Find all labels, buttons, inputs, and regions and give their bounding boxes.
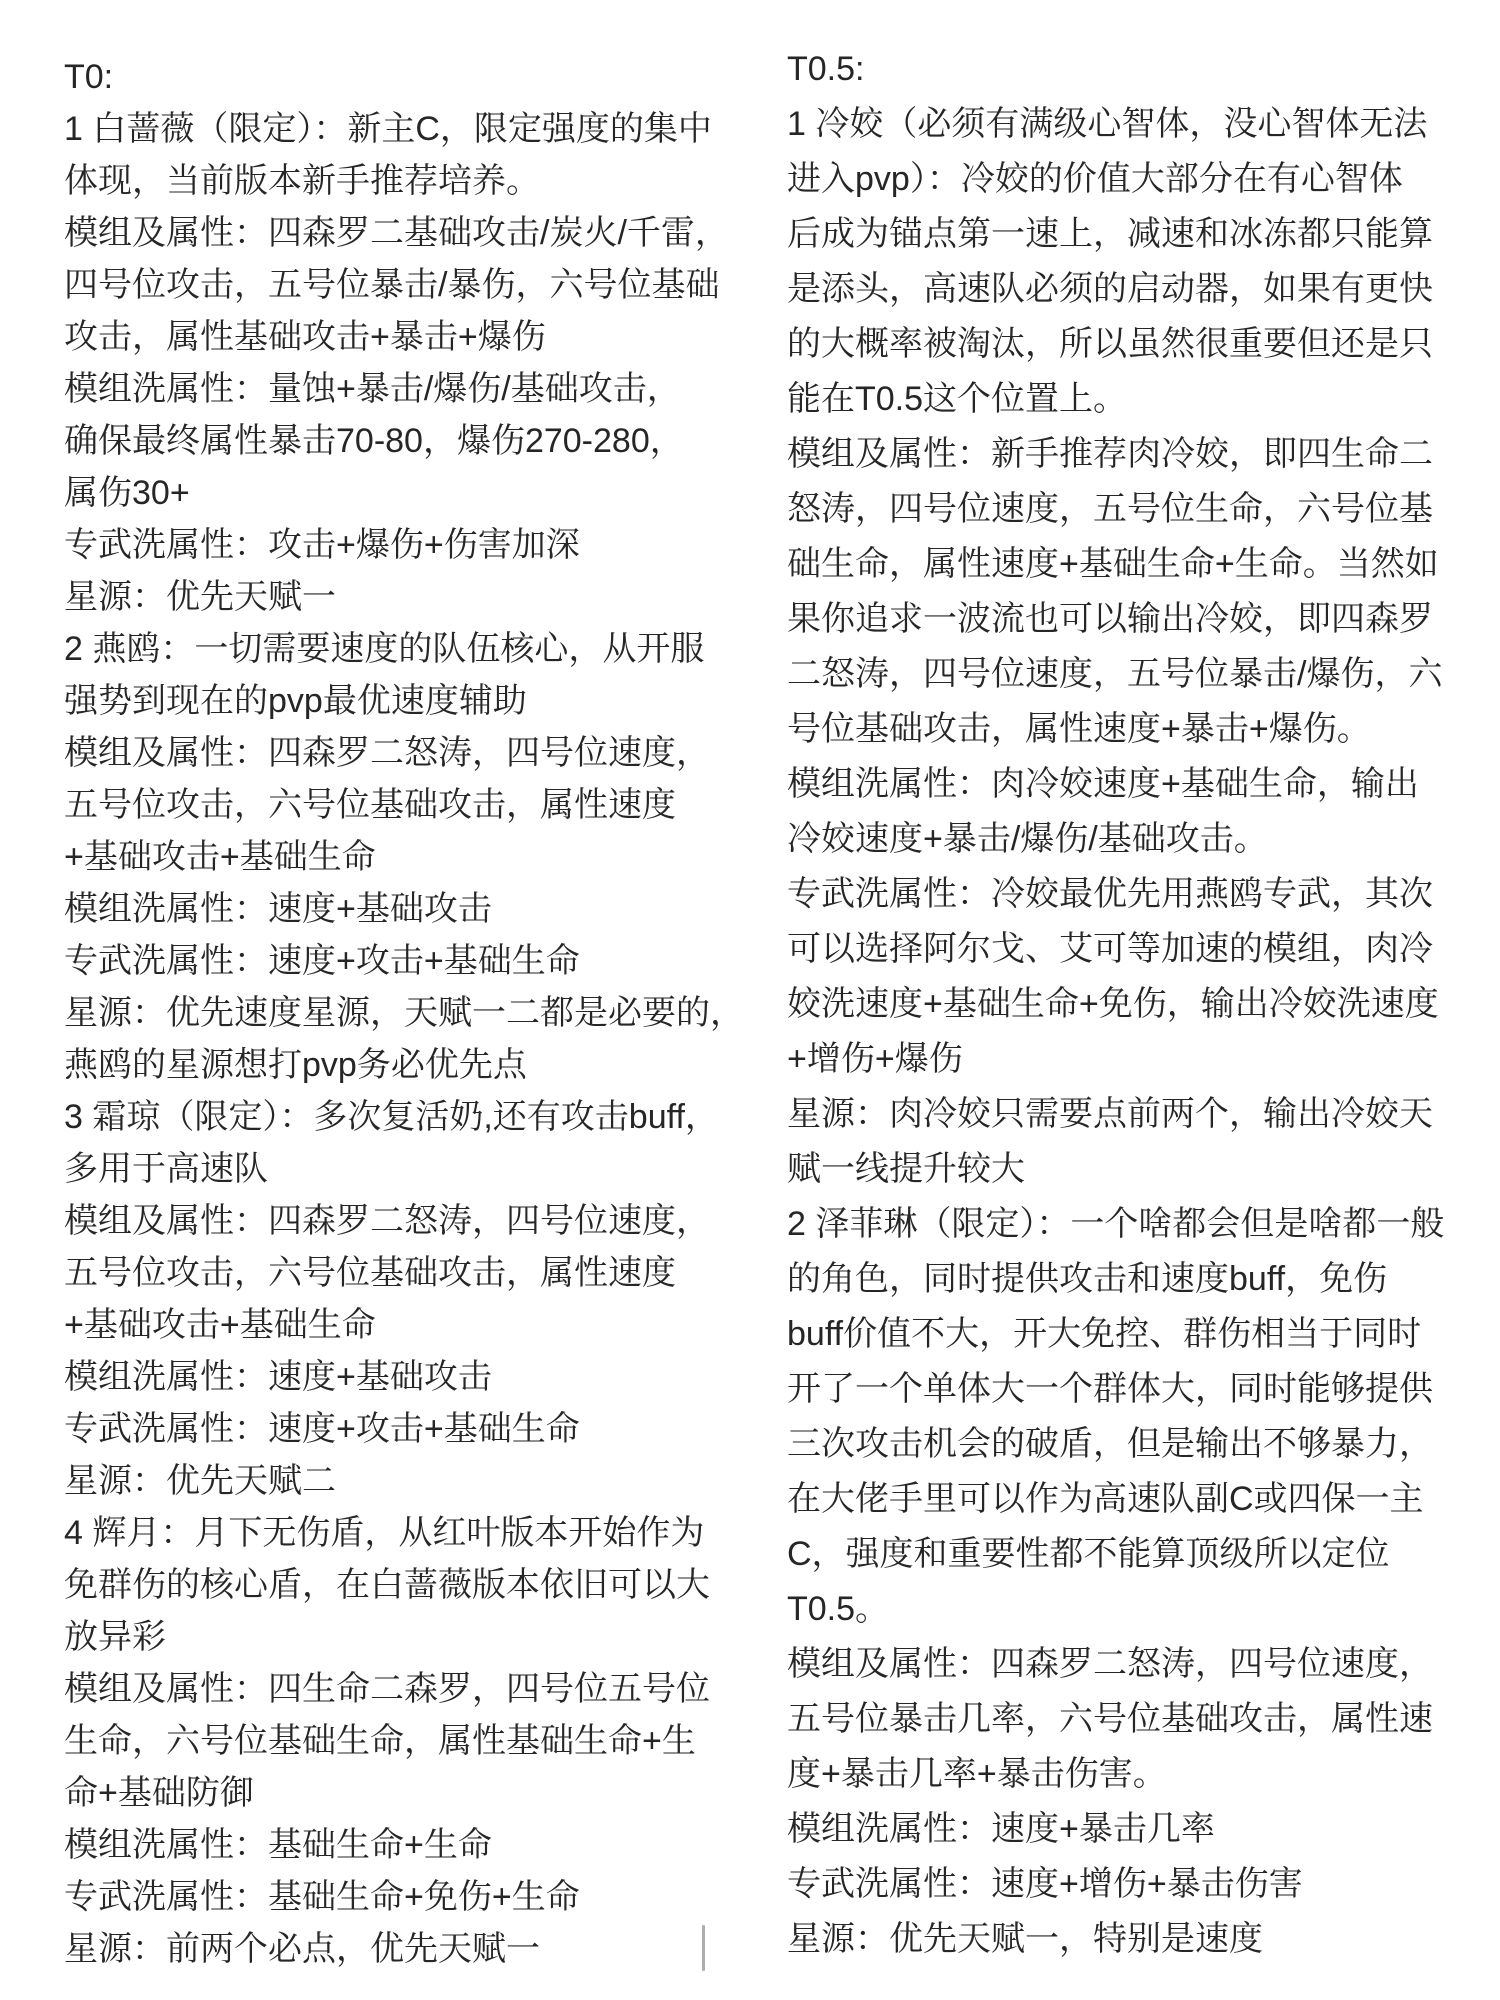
text-line: 模组洗属性：量蚀+暴击/爆伤/基础攻击， [64,363,764,415]
text-line: 确保最终属性暴击70-80，爆伤270-280， [64,415,764,467]
column-t0-5: T0.5: 1 冷姣（必须有满级心智体，没心智体无法进入pvp）：冷姣的价值大部… [787,42,1467,1967]
text-line: 模组洗属性：基础生命+生命 [64,1819,764,1871]
text-line: T0.5。 [787,1582,1467,1637]
text-line: 的角色，同时提供攻击和速度buff，免伤 [787,1252,1467,1307]
text-line: 后成为锚点第一速上，减速和冰冻都只能算 [787,207,1467,262]
text-line: 进入pvp）：冷姣的价值大部分在有心智体 [787,152,1467,207]
text-line: 模组及属性：四森罗二基础攻击/炭火/千雷， [64,207,764,259]
text-line: 五号位攻击，六号位基础攻击，属性速度 [64,779,764,831]
text-line: 三次攻击机会的破盾，但是输出不够暴力， [787,1417,1467,1472]
text-line: 星源：优先天赋一 [64,571,764,623]
text-line: 攻击，属性基础攻击+暴击+爆伤 [64,311,764,363]
text-line: 放异彩 [64,1611,764,1663]
tier-t0-5-header: T0.5: [787,42,1467,97]
text-line: 3 霜琼（限定）：多次复活奶,还有攻击buff， [64,1091,764,1143]
text-line: 是添头，高速队必须的启动器，如果有更快 [787,262,1467,317]
text-line: 2 泽菲琳（限定）：一个啥都会但是啥都一般 [787,1197,1467,1252]
text-line: 专武洗属性：速度+攻击+基础生命 [64,935,764,987]
text-line: 免群伤的核心盾，在白蔷薇版本依旧可以大 [64,1559,764,1611]
text-line: 号位基础攻击，属性速度+暴击+爆伤。 [787,702,1467,757]
text-line: 生命，六号位基础生命，属性基础生命+生 [64,1715,764,1767]
text-line: 专武洗属性：攻击+爆伤+伤害加深 [64,519,764,571]
text-line: 专武洗属性：速度+增伤+暴击伤害 [787,1857,1467,1912]
text-line: 二怒涛，四号位速度，五号位暴击/爆伤，六 [787,647,1467,702]
text-line: 模组洗属性：速度+基础攻击 [64,883,764,935]
text-line: 星源：优先天赋二 [64,1455,764,1507]
text-line: 模组及属性：四森罗二怒涛，四号位速度， [64,1195,764,1247]
text-line: 专武洗属性：冷姣最优先用燕鸥专武，其次 [787,867,1467,922]
text-line: 模组洗属性：肉冷姣速度+基础生命，输出 [787,757,1467,812]
text-line: 2 燕鸥：一切需要速度的队伍核心，从开服 [64,623,764,675]
text-line: 燕鸥的星源想打pvp务必优先点 [64,1039,764,1091]
text-line: +增伤+爆伤 [787,1032,1467,1087]
text-line: 五号位攻击，六号位基础攻击，属性速度 [64,1247,764,1299]
text-line: 命+基础防御 [64,1767,764,1819]
text-line: 赋一线提升较大 [787,1142,1467,1197]
text-line: +基础攻击+基础生命 [64,831,764,883]
text-line: 度+暴击几率+暴击伤害。 [787,1747,1467,1802]
text-line: 强势到现在的pvp最优速度辅助 [64,675,764,727]
page-divider-line [702,1925,705,1971]
tier-t0-header: T0: [64,51,764,103]
text-line: 星源：前两个必点，优先天赋一 [64,1923,764,1975]
column-t0: T0: 1 白蔷薇（限定）：新主C，限定强度的集中体现，当前版本新手推荐培养。模… [64,51,764,1975]
text-line: 星源：优先速度星源，天赋一二都是必要的， [64,987,764,1039]
text-line: 模组及属性：四森罗二怒涛，四号位速度， [64,727,764,779]
text-line: 模组洗属性：速度+暴击几率 [787,1802,1467,1857]
text-line: 果你追求一波流也可以输出冷姣，即四森罗 [787,592,1467,647]
text-line: 础生命，属性速度+基础生命+生命。当然如 [787,537,1467,592]
text-line: 冷姣速度+暴击/爆伤/基础攻击。 [787,812,1467,867]
text-line: 专武洗属性：速度+攻击+基础生命 [64,1403,764,1455]
tier-t0-lines: 1 白蔷薇（限定）：新主C，限定强度的集中体现，当前版本新手推荐培养。模组及属性… [64,103,764,1975]
text-line: 多用于高速队 [64,1143,764,1195]
text-line: 1 白蔷薇（限定）：新主C，限定强度的集中 [64,103,764,155]
text-line: 模组及属性：四森罗二怒涛，四号位速度， [787,1637,1467,1692]
text-line: 体现，当前版本新手推荐培养。 [64,155,764,207]
text-line: 1 冷姣（必须有满级心智体，没心智体无法 [787,97,1467,152]
text-line: 星源：优先天赋一，特别是速度 [787,1912,1467,1967]
text-line: buff价值不大，开大免控、群伤相当于同时 [787,1307,1467,1362]
text-line: 属伤30+ [64,467,764,519]
tier-t0-5-lines: 1 冷姣（必须有满级心智体，没心智体无法进入pvp）：冷姣的价值大部分在有心智体… [787,97,1467,1967]
text-line: 五号位暴击几率，六号位基础攻击，属性速 [787,1692,1467,1747]
text-line: C，强度和重要性都不能算顶级所以定位 [787,1527,1467,1582]
text-line: 开了一个单体大一个群体大，同时能够提供 [787,1362,1467,1417]
text-line: 可以选择阿尔戈、艾可等加速的模组，肉冷 [787,922,1467,977]
text-line: 星源：肉冷姣只需要点前两个，输出冷姣天 [787,1087,1467,1142]
text-line: 模组洗属性：速度+基础攻击 [64,1351,764,1403]
text-line: 姣洗速度+基础生命+免伤，输出冷姣洗速度 [787,977,1467,1032]
text-line: +基础攻击+基础生命 [64,1299,764,1351]
text-line: 模组及属性：新手推荐肉冷姣，即四生命二 [787,427,1467,482]
tier-guide-page: T0: 1 白蔷薇（限定）：新主C，限定强度的集中体现，当前版本新手推荐培养。模… [0,0,1500,2000]
text-line: 专武洗属性：基础生命+免伤+生命 [64,1871,764,1923]
text-line: 4 辉月：月下无伤盾，从红叶版本开始作为 [64,1507,764,1559]
text-line: 在大佬手里可以作为高速队副C或四保一主 [787,1472,1467,1527]
text-line: 模组及属性：四生命二森罗，四号位五号位 [64,1663,764,1715]
text-line: 的大概率被淘汰，所以虽然很重要但还是只 [787,317,1467,372]
text-line: 能在T0.5这个位置上。 [787,372,1467,427]
text-line: 怒涛，四号位速度，五号位生命，六号位基 [787,482,1467,537]
text-line: 四号位攻击，五号位暴击/暴伤，六号位基础 [64,259,764,311]
